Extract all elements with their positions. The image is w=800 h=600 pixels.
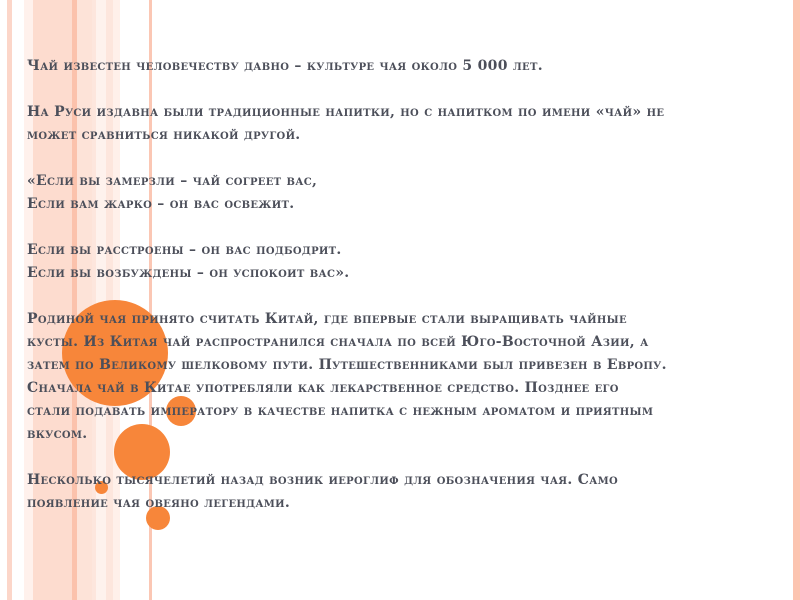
text-line: кусты. Из Китая чай распространился снач… — [27, 331, 777, 354]
text-line: На Руси издавна были традиционные напитк… — [27, 101, 777, 124]
text-line: Если вы возбуждены – он успокоит вас». — [27, 262, 777, 285]
text-line: Если вам жарко – он вас освежит. — [27, 193, 777, 216]
paragraph-quote-1: «Если вы замерзли – чай согреет вас, Есл… — [27, 170, 777, 216]
paragraph-china-origin: Родиной чая принято считать Китай, где в… — [27, 308, 777, 446]
paragraph-tea-history: Чай известен человечеству давно – культу… — [27, 55, 777, 78]
text-line: может сравниться никакой другой. — [27, 124, 777, 147]
text-line: Если вы расстроены – он вас подбодрит. — [27, 239, 777, 262]
text-line: появление чая овеяно легендами. — [27, 492, 777, 515]
text-line: Родиной чая принято считать Китай, где в… — [27, 308, 777, 331]
right-border-stripe — [793, 0, 800, 600]
paragraph-rus-drinks: На Руси издавна были традиционные напитк… — [27, 101, 777, 147]
paragraph-quote-2: Если вы расстроены – он вас подбодрит. Е… — [27, 239, 777, 285]
text-line: Чай известен человечеству давно – культу… — [27, 55, 777, 78]
slide-body-text: Чай известен человечеству давно – культу… — [27, 55, 777, 538]
text-line: вкусом. — [27, 423, 777, 446]
decorative-stripe — [7, 0, 12, 600]
text-line: стали подавать императору в качестве нап… — [27, 400, 777, 423]
paragraph-hieroglyph: Несколько тысячелетий назад возник иерог… — [27, 469, 777, 515]
text-line: Сначала чай в Китае употребляли как лека… — [27, 377, 777, 400]
slide: Чай известен человечеству давно – культу… — [0, 0, 800, 600]
text-line: затем по Великому шелковому пути. Путеше… — [27, 354, 777, 377]
text-line: Несколько тысячелетий назад возник иерог… — [27, 469, 777, 492]
text-line: «Если вы замерзли – чай согреет вас, — [27, 170, 777, 193]
